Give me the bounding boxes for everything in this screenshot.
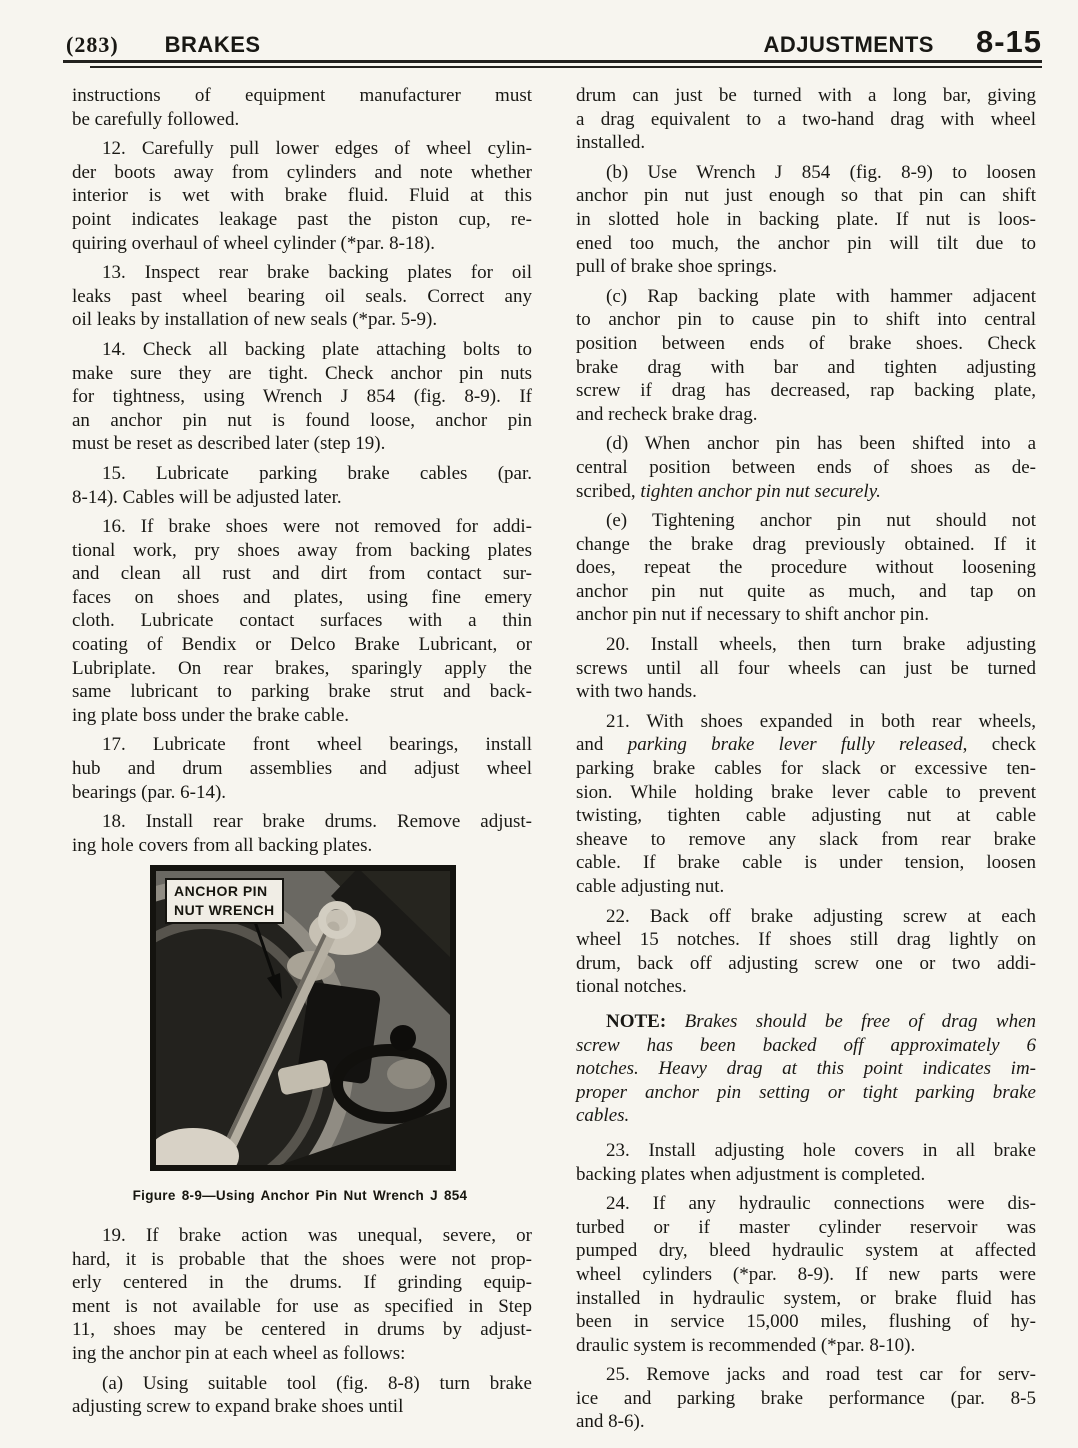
- text-line: in slotted hole in backing plate. If nut…: [576, 208, 1036, 232]
- paragraph: 17. Lubricate front wheel bearings, inst…: [72, 733, 532, 804]
- text-line: instructions of equipment manufacturer m…: [72, 84, 532, 108]
- text-line: cloth. Lubricate contact surfaces with a…: [72, 609, 532, 633]
- text-line: with two hands.: [576, 680, 1036, 704]
- text-line: (e) Tightening anchor pin nut should not: [576, 509, 1036, 533]
- paragraph: (a) Using suitable tool (fig. 8-8) turn …: [72, 1372, 532, 1419]
- text-line: anchor pin nut just enough so that pin c…: [576, 184, 1036, 208]
- callout-label-line1: ANCHOR PIN: [174, 882, 275, 900]
- text-line: pull of brake shoe springs.: [576, 255, 1036, 279]
- section-title-brakes: BRAKES: [165, 32, 261, 58]
- text-line: ment is not available for use as specifi…: [72, 1295, 532, 1319]
- text-line: parking brake cables for slack or excess…: [576, 757, 1036, 781]
- page-ref: (283): [66, 32, 119, 58]
- text-line: wheel cylinders (*par. 8-9). If new part…: [576, 1263, 1036, 1287]
- text-line: and 8-6).: [576, 1410, 1036, 1434]
- paragraph: (e) Tightening anchor pin nut should not…: [576, 509, 1036, 627]
- text-line: cable adjusting nut.: [576, 875, 1036, 899]
- paragraph: 18. Install rear brake drums. Remove adj…: [72, 810, 532, 857]
- text-line: draulic system is recommended (*par. 8-1…: [576, 1334, 1036, 1358]
- callout-label-line2: NUT WRENCH: [174, 901, 275, 919]
- text-line: 23. Install adjusting hole covers in all…: [576, 1139, 1036, 1163]
- text-line: position between ends of brake shoes. Ch…: [576, 332, 1036, 356]
- manual-page: (283) BRAKES ADJUSTMENTS 8-15 instructio…: [0, 0, 1078, 1448]
- text-line: been in service 15,000 miles, flushing o…: [576, 1310, 1036, 1334]
- paragraph: drum can just be turned with a long bar,…: [576, 84, 1036, 155]
- text-line: point indicates leakage past the piston …: [72, 208, 532, 232]
- text-line: cable. If brake cable is under tension, …: [576, 851, 1036, 875]
- text-line: make sure they are tight. Check anchor p…: [72, 362, 532, 386]
- text-line: 17. Lubricate front wheel bearings, inst…: [72, 733, 532, 757]
- text-line: 21. With shoes expanded in both rear whe…: [576, 710, 1036, 734]
- text-line: 25. Remove jacks and road test car for s…: [576, 1363, 1036, 1387]
- text-line: 12. Carefully pull lower edges of wheel …: [72, 137, 532, 161]
- paragraph: 14. Check all backing plate attaching bo…: [72, 338, 532, 456]
- text-line: oil leaks by installation of new seals (…: [72, 308, 532, 332]
- text-line: 16. If brake shoes were not removed for …: [72, 515, 532, 539]
- text-line: leaks past wheel bearing oil seals. Corr…: [72, 285, 532, 309]
- paragraph: (b) Use Wrench J 854 (fig. 8-9) to loose…: [576, 161, 1036, 279]
- text-line: installed.: [576, 131, 1036, 155]
- text-line: to anchor pin to cause pin to shift into…: [576, 308, 1036, 332]
- text-line: turbed or if master cylinder reservoir w…: [576, 1216, 1036, 1240]
- text-line: wheel 15 notches. If shoes still drag li…: [576, 928, 1036, 952]
- text-line: central position between ends of shoes a…: [576, 456, 1036, 480]
- left-flow-after: 19. If brake action was unequal, severe,…: [72, 1224, 532, 1419]
- text-line: ing plate boss under the brake cable.: [72, 704, 532, 728]
- text-line: 18. Install rear brake drums. Remove adj…: [72, 810, 532, 834]
- text-line: screw if drag has decreased, rap backing…: [576, 379, 1036, 403]
- text-line: 13. Inspect rear brake backing plates fo…: [72, 261, 532, 285]
- paragraph: 16. If brake shoes were not removed for …: [72, 515, 532, 727]
- text-line: bearings (par. 6-14).: [72, 781, 532, 805]
- text-line: proper anchor pin setting or tight parki…: [576, 1081, 1036, 1105]
- header-rule-bottom: [90, 66, 1042, 68]
- text-line: faces on shoes and plates, using fine em…: [72, 586, 532, 610]
- text-line: 15. Lubricate parking brake cables (par.: [72, 462, 532, 486]
- section-title-adjustments: ADJUSTMENTS: [763, 32, 934, 58]
- text-line: 14. Check all backing plate attaching bo…: [72, 338, 532, 362]
- text-line: 19. If brake action was unequal, severe,…: [72, 1224, 532, 1248]
- paragraph: 21. With shoes expanded in both rear whe…: [576, 710, 1036, 899]
- text-line: notches. Heavy drag at this point indica…: [576, 1057, 1036, 1081]
- figure-photo: ANCHOR PIN NUT WRENCH: [150, 865, 456, 1171]
- paragraph: (c) Rap backing plate with hammer adjace…: [576, 285, 1036, 427]
- text-line: ened too much, the anchor pin will tilt …: [576, 232, 1036, 256]
- page-header: (283) BRAKES ADJUSTMENTS 8-15: [66, 24, 1042, 60]
- text-line: ice and parking brake performance (par. …: [576, 1387, 1036, 1411]
- figure-callout-label: ANCHOR PIN NUT WRENCH: [165, 878, 284, 923]
- left-flow-before: instructions of equipment manufacturer m…: [72, 84, 532, 857]
- column-left: instructions of equipment manufacturer m…: [72, 84, 532, 1419]
- figure-8-9: ANCHOR PIN NUT WRENCH Figure 8-9—Using A…: [72, 865, 532, 1208]
- text-line: anchor pin nut quite as much, and tap on: [576, 580, 1036, 604]
- text-line: and clean all rust and dirt from contact…: [72, 562, 532, 586]
- text-line: a drag equivalent to a two-hand drag wit…: [576, 108, 1036, 132]
- paragraph: 25. Remove jacks and road test car for s…: [576, 1363, 1036, 1434]
- text-line: (c) Rap backing plate with hammer adjace…: [576, 285, 1036, 309]
- text-line: (b) Use Wrench J 854 (fig. 8-9) to loose…: [576, 161, 1036, 185]
- text-line: same lubricant to parking brake strut an…: [72, 680, 532, 704]
- header-left-group: (283) BRAKES: [66, 32, 261, 58]
- text-line: sheave to remove any slack from rear bra…: [576, 828, 1036, 852]
- text-line: brake drag with bar and tighten adjustin…: [576, 356, 1036, 380]
- paragraph: 22. Back off brake adjusting screw at ea…: [576, 905, 1036, 999]
- text-line: tional notches.: [576, 975, 1036, 999]
- text-line: be carefully followed.: [72, 108, 532, 132]
- text-line: adjusting screw to expand brake shoes un…: [72, 1395, 532, 1419]
- paragraph: 20. Install wheels, then turn brake adju…: [576, 633, 1036, 704]
- text-line: der boots away from cylinders and note w…: [72, 161, 532, 185]
- text-line: tional work, pry shoes away from backing…: [72, 539, 532, 563]
- text-line: 8-14). Cables will be adjusted later.: [72, 486, 532, 510]
- paragraph: 13. Inspect rear brake backing plates fo…: [72, 261, 532, 332]
- text-line: 22. Back off brake adjusting screw at ea…: [576, 905, 1036, 929]
- text-line: interior is wet with brake fluid. Fluid …: [72, 184, 532, 208]
- header-rule-top: [63, 60, 1042, 63]
- paragraph: 23. Install adjusting hole covers in all…: [576, 1139, 1036, 1186]
- text-line: hard, it is probable that the shoes were…: [72, 1248, 532, 1272]
- text-line: screws until all four wheels can just be…: [576, 657, 1036, 681]
- text-line: cables.: [576, 1104, 1036, 1128]
- paragraph: 15. Lubricate parking brake cables (par.…: [72, 462, 532, 509]
- text-line: quiring overhaul of wheel cylinder (*par…: [72, 232, 532, 256]
- paragraph: NOTE: Brakes should be free of drag when…: [576, 1010, 1036, 1128]
- text-line: drum, back off adjusting screw one or tw…: [576, 952, 1036, 976]
- text-line: 11, shoes may be centered in drums by ad…: [72, 1318, 532, 1342]
- text-line: ing hole covers from all backing plates.: [72, 834, 532, 858]
- text-line: drum can just be turned with a long bar,…: [576, 84, 1036, 108]
- text-line: erly centered in the drums. If grinding …: [72, 1271, 532, 1295]
- text-line: NOTE: Brakes should be free of drag when: [576, 1010, 1036, 1034]
- column-right: drum can just be turned with a long bar,…: [576, 84, 1036, 1434]
- text-line: installed in hydraulic system, or brake …: [576, 1287, 1036, 1311]
- text-line: 20. Install wheels, then turn brake adju…: [576, 633, 1036, 657]
- paragraph: 24. If any hydraulic connections were di…: [576, 1192, 1036, 1357]
- text-line: for tightness, using Wrench J 854 (fig. …: [72, 385, 532, 409]
- text-line: hub and drum assemblies and adjust wheel: [72, 757, 532, 781]
- text-line: and recheck brake drag.: [576, 403, 1036, 427]
- paragraph: (d) When anchor pin has been shifted int…: [576, 432, 1036, 503]
- paragraph: 19. If brake action was unequal, severe,…: [72, 1224, 532, 1366]
- paragraph: instructions of equipment manufacturer m…: [72, 84, 532, 131]
- text-line: screw has been backed off approximately …: [576, 1034, 1036, 1058]
- text-line: coating of Bendix or Delco Brake Lubrica…: [72, 633, 532, 657]
- text-line: scribed, tighten anchor pin nut securely…: [576, 480, 1036, 504]
- text-line: and parking brake lever fully released, …: [576, 733, 1036, 757]
- text-line: pumped dry, bleed hydraulic system at af…: [576, 1239, 1036, 1263]
- header-right-group: ADJUSTMENTS 8-15: [763, 24, 1042, 60]
- text-line: an anchor pin nut is found loose, anchor…: [72, 409, 532, 433]
- page-number: 8-15: [976, 24, 1042, 60]
- paragraph: 12. Carefully pull lower edges of wheel …: [72, 137, 532, 255]
- text-line: 24. If any hydraulic connections were di…: [576, 1192, 1036, 1216]
- text-line: anchor pin nut if necessary to shift anc…: [576, 603, 1036, 627]
- text-line: does, repeat the procedure without loose…: [576, 556, 1036, 580]
- text-line: sion. While holding brake lever cable to…: [576, 781, 1036, 805]
- figure-caption: Figure 8-9—Using Anchor Pin Nut Wrench J…: [72, 1184, 528, 1208]
- text-line: change the brake drag previously obtaine…: [576, 533, 1036, 557]
- text-line: backing plates when adjustment is comple…: [576, 1163, 1036, 1187]
- text-line: (d) When anchor pin has been shifted int…: [576, 432, 1036, 456]
- text-line: must be reset as described later (step 1…: [72, 432, 532, 456]
- text-line: (a) Using suitable tool (fig. 8-8) turn …: [72, 1372, 532, 1396]
- text-line: ing the anchor pin at each wheel as foll…: [72, 1342, 532, 1366]
- text-line: twisting, tighten cable adjusting nut at…: [576, 804, 1036, 828]
- text-line: Lubriplate. On rear brakes, sparingly ap…: [72, 657, 532, 681]
